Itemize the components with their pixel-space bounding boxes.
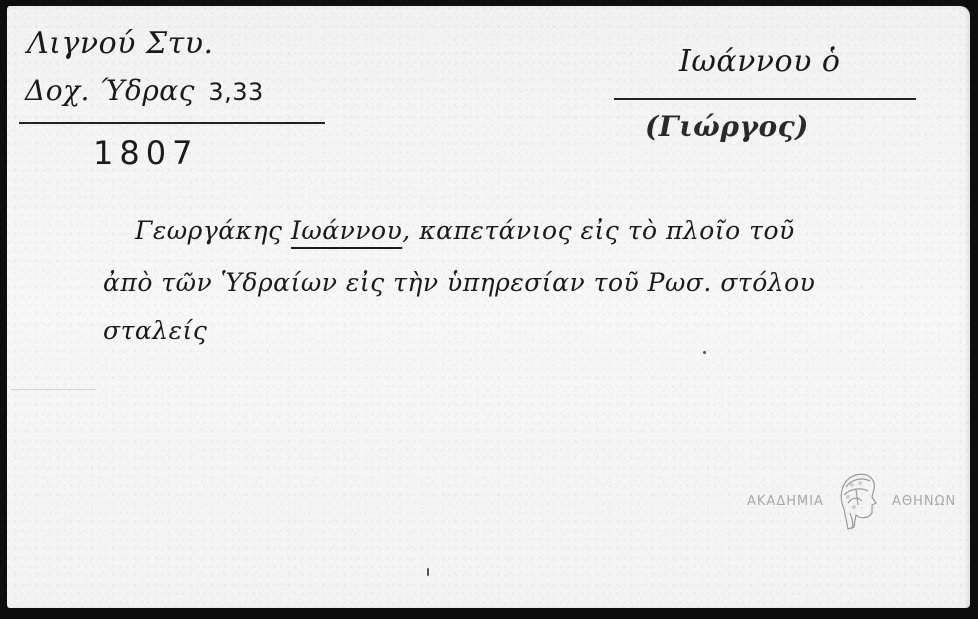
stamp-left-text: ΑΚΑΔΗΜΙΑ — [747, 494, 824, 509]
ink-speck — [703, 351, 706, 354]
academy-stamp: ΑΚΑΔΗΜΙΑ ΑΘΗΝΩΝ — [747, 468, 956, 534]
reference-number: 3,33 — [208, 78, 263, 106]
reference-line-2: Δοχ. Ύδρας 3,33 — [25, 74, 264, 107]
index-card: Λιγνού Στυ. Δοχ. Ύδρας 3,33 1807 Ιωάννου… — [7, 6, 970, 608]
athena-head-icon — [834, 469, 882, 533]
body-underlined-name: Ιωάννου — [291, 216, 402, 245]
year: 1807 — [93, 134, 198, 172]
right-divider-rule — [614, 98, 916, 100]
reference-archive-label: Δοχ. Ύδρας — [25, 74, 195, 107]
body-line-1-prefix: Γεωργάκης — [135, 216, 283, 245]
stamp-right-text: ΑΘΗΝΩΝ — [892, 494, 956, 509]
heading-subtitle: (Γιώργος) — [645, 110, 809, 143]
body-line-1-suffix: , καπετάνιος εἰς τὸ πλοῖο τοῦ — [402, 216, 794, 245]
body-line-1: Γεωργάκης Ιωάννου, καπετάνιος εἰς τὸ πλο… — [135, 216, 795, 245]
body-line-2: ἀπὸ τῶν Ὑδραίων εἰς τὴν ὑπηρεσίαν τοῦ Ρω… — [103, 268, 815, 297]
faint-printed-line — [11, 389, 96, 390]
scanned-document: Λιγνού Στυ. Δοχ. Ύδρας 3,33 1807 Ιωάννου… — [0, 0, 978, 619]
heading-name: Ιωάννου ὁ — [679, 44, 840, 79]
ink-mark — [427, 568, 429, 576]
left-divider-rule — [19, 122, 325, 124]
reference-line-1: Λιγνού Στυ. — [27, 26, 214, 61]
body-line-3: σταλείς — [103, 316, 207, 345]
